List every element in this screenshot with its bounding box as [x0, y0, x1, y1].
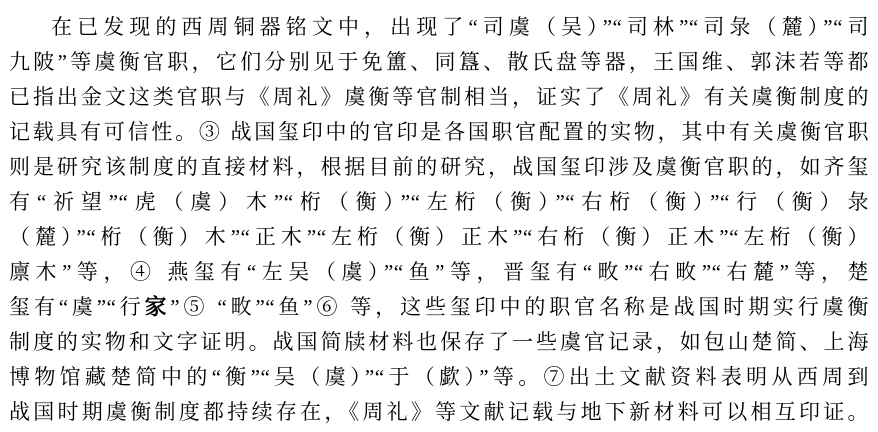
- text-line: 廪木”等，④ 燕玺有“左吴（虞）”“鱼”等，晋玺有“畋”“右畋”“右麓”等，楚: [9, 255, 869, 290]
- text-line: 有“祈望”“虎（虞）木”“桁（衡）”“左桁（衡）”“右桁（衡）”“行（衡）彔: [9, 185, 869, 220]
- text-line: 制度的实物和文字证明。战国简牍材料也保存了一些虞官记录，如包山楚简、上海: [9, 325, 869, 360]
- text-line: 战国时期虞衡制度都持续存在，《周礼》等文献记载与地下新材料可以相互印证。: [9, 395, 869, 430]
- document-page: 在已发现的西周铜器铭文中，出现了“司虞（吴）”“司林”“司彔（麓）”“司 九陂”…: [0, 0, 878, 432]
- text-line: 已指出金文这类官职与《周礼》虞衡等官制相当，证实了《周礼》有关虞衡制度的: [9, 80, 869, 115]
- text-line: 记载具有可信性。③ 战国玺印中的官印是各国职官配置的实物，其中有关虞衡官职: [9, 115, 869, 150]
- text-line: 在已发现的西周铜器铭文中，出现了“司虞（吴）”“司林”“司彔（麓）”“司: [9, 10, 869, 45]
- emphasized-rare-glyph: 家: [145, 295, 171, 319]
- text-segment: ”⑤ “畋”“鱼”⑥ 等，这些玺印中的职官名称是战国时期实行虞衡: [170, 295, 869, 319]
- text-line-with-emphasis: 玺有“虞”“行家”⑤ “畋”“鱼”⑥ 等，这些玺印中的职官名称是战国时期实行虞衡: [9, 290, 869, 325]
- text-segment: 玺有“虞”“行: [9, 295, 145, 319]
- text-line: 博物馆藏楚简中的“衡”“吴（虞）”“于（歔）”等。⑦出土文献资料表明从西周到: [9, 360, 869, 395]
- text-line: 九陂”等虞衡官职，它们分别见于免簠、同簋、散氏盘等器，王国维、郭沫若等都: [9, 45, 869, 80]
- text-line: （麓）”“桁（衡）木”“正木”“左桁（衡）正木”“右桁（衡）正木”“左桁（衡）: [9, 220, 869, 255]
- text-line: 则是研究该制度的直接材料，根据目前的研究，战国玺印涉及虞衡官职的，如齐玺: [9, 150, 869, 185]
